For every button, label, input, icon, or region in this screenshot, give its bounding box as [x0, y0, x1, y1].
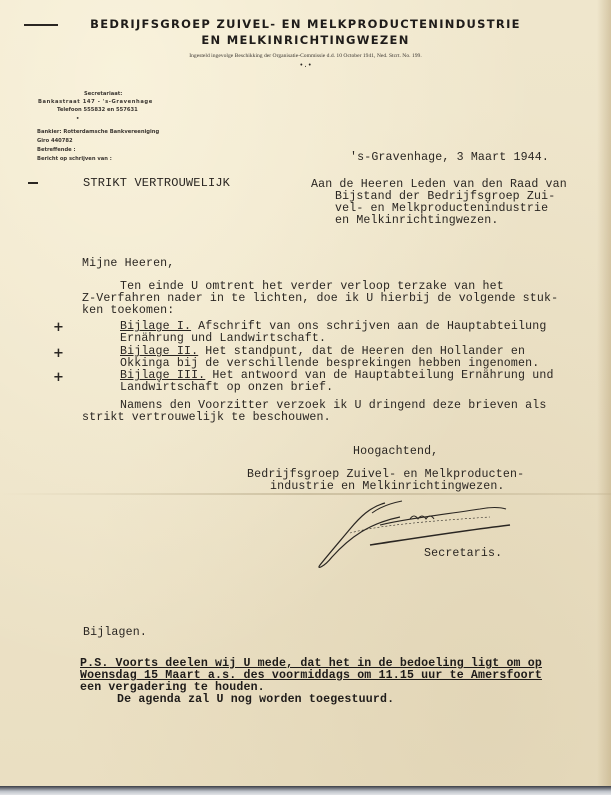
closing: Hoogachtend,: [353, 446, 438, 459]
enclosure-marker-2: +: [53, 346, 64, 361]
salutation: Mijne Heeren,: [82, 258, 174, 271]
paper-edge-shadow: [597, 0, 611, 786]
handwritten-signature: [310, 495, 520, 575]
intro-line3: ken toekomen:: [82, 305, 174, 318]
place-date: 's-Gravenhage, 3 Maart 1944.: [350, 152, 549, 165]
letterhead-ornament: •.•: [0, 62, 611, 70]
bericht-label: Bericht op schrijven van :: [37, 156, 112, 162]
betreffende-label: Betreffende :: [37, 147, 76, 153]
bijlagen-label: Bijlagen.: [83, 627, 147, 640]
letterhead-subtitle: Ingesteld ingevolge Beschikking der Orga…: [0, 53, 611, 59]
sender-bank: Bankier: Rotterdamsche Bankvereeniging: [37, 129, 159, 135]
scan-edge: [0, 786, 611, 795]
request-line2: strikt vertrouwelijk te beschouwen.: [82, 412, 331, 425]
secretariaat-label: Secretariaat:: [84, 91, 122, 97]
letterhead-title-line1: BEDRIJFSGROEP ZUIVEL- EN MELKPRODUCTENIN…: [0, 17, 611, 31]
enclosure-marker-3: +: [53, 370, 64, 385]
enclosure-3-line2: Landwirtschaft op onzen brief.: [120, 382, 333, 395]
sender-address: Bankastraat 147 - 's-Gravenhage: [38, 99, 153, 105]
confidential-heading: STRIKT VERTROUWELIJK: [83, 177, 230, 190]
postscript-line4: De agenda zal U nog worden toegestuurd.: [117, 694, 394, 707]
letterhead-title-line2: EN MELKINRICHTINGWEZEN: [0, 33, 611, 47]
signature-title: Secretaris.: [424, 548, 502, 561]
enclosure-marker-1: +: [53, 320, 64, 335]
margin-mark-small: [28, 182, 38, 184]
addressee-line4: en Melkinrichtingwezen.: [335, 215, 498, 228]
signature-org-line2: industrie en Melkinrichtingwezen.: [270, 481, 505, 494]
bullet-separator: •: [76, 116, 79, 122]
letter-page: BEDRIJFSGROEP ZUIVEL- EN MELKPRODUCTENIN…: [0, 0, 611, 786]
sender-giro: Giro 440782: [37, 138, 73, 144]
sender-telephone: Telefoon 555832 en 557631: [57, 107, 138, 113]
enclosure-1-line2: Ernährung und Landwirtschaft.: [120, 333, 326, 346]
